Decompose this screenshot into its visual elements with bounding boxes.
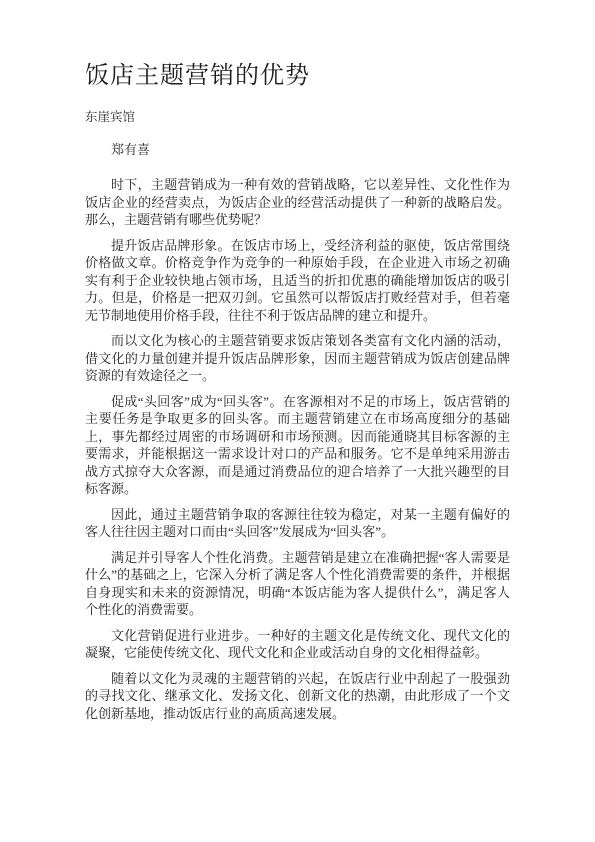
paragraph-intro: 时下，主题营销成为一种有效的营销战略，它以差异性、文化性作为饭店企业的经营卖点，…: [85, 176, 510, 229]
author-affiliation: 东崖宾馆: [85, 109, 510, 126]
document-title: 饭店主题营销的优势: [85, 60, 510, 92]
document-body: 时下，主题营销成为一种有效的营销战略，它以差异性、文化性作为饭店企业的经营卖点，…: [85, 176, 510, 722]
paragraph-personalized-consumption: 满足并引导客人个性化消费。主题营销是建立在准确把握“客人需要是什么”的基础之上，…: [85, 549, 510, 619]
paragraph-repeat-customers: 促成“头回客”成为“回头客”。在客源相对不足的市场上，饭店营销的主要任务是争取更…: [85, 393, 510, 498]
document-page: 饭店主题营销的优势 东崖宾馆 郑有喜 时下，主题营销成为一种有效的营销战略，它以…: [0, 0, 595, 842]
paragraph-stable-customers: 因此，通过主题营销争取的客源往往较为稳定，对某一主题有偏好的客人往往因主题对口而…: [85, 506, 510, 541]
paragraph-culture-core: 而以文化为核心的主题营销要求饭店策划各类富有文化内涵的活动，借文化的力量创建并提…: [85, 332, 510, 385]
paragraph-brand-image: 提升饭店品牌形象。在饭店市场上，受经济利益的驱使，饭店常围绕价格做文章。价格竞争…: [85, 237, 510, 325]
paragraph-culture-innovation: 随着以文化为灵魂的主题营销的兴起，在饭店行业中刮起了一股强劲的寻找文化、继承文化…: [85, 670, 510, 723]
paragraph-culture-marketing-progress: 文化营销促进行业进步。一种好的主题文化是传统文化、现代文化的凝聚，它能使传统文化…: [85, 627, 510, 662]
author-name: 郑有喜: [85, 141, 510, 158]
